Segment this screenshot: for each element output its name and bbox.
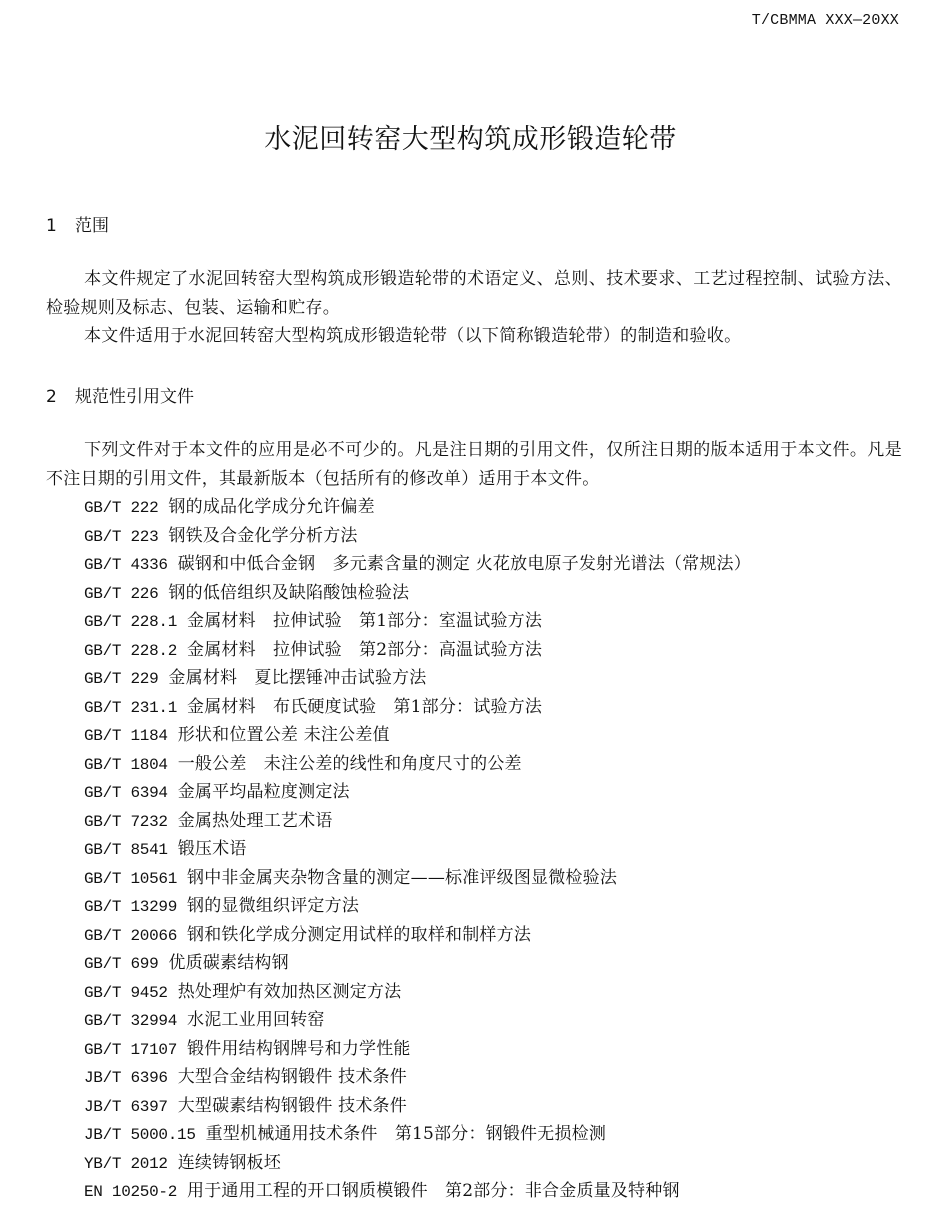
paragraph-text: 下列文件对于本文件的应用是必不可少的。凡是注日期的引用文件，仅所注日期的版本适用… bbox=[46, 440, 902, 489]
reference-code: JB/T 6396 bbox=[84, 1069, 168, 1087]
reference-item: GB/T 4336碳钢和中低合金钢 多元素含量的测定 火花放电原子发射光谱法（常… bbox=[84, 550, 751, 579]
reference-title: 一般公差 未注公差的线性和角度尺寸的公差 bbox=[178, 754, 522, 774]
reference-item: GB/T 20066钢和铁化学成分测定用试样的取样和制样方法 bbox=[84, 921, 751, 950]
reference-title: 水泥工业用回转窑 bbox=[187, 1010, 325, 1030]
reference-code: GB/T 6394 bbox=[84, 784, 168, 802]
section-number: 2 bbox=[46, 387, 75, 407]
scope-paragraph-1: 本文件规定了水泥回转窑大型构筑成形锻造轮带的术语定义、总则、技术要求、工艺过程控… bbox=[46, 265, 902, 322]
standard-code: T/CBMMA XXX—20XX bbox=[752, 12, 899, 29]
reference-code: GB/T 32994 bbox=[84, 1012, 177, 1030]
reference-code: GB/T 699 bbox=[84, 955, 158, 973]
reference-code: GB/T 7232 bbox=[84, 813, 168, 831]
reference-title: 钢的成品化学成分允许偏差 bbox=[168, 497, 374, 517]
reference-item: GB/T 8541锻压术语 bbox=[84, 835, 751, 864]
reference-code: JB/T 6397 bbox=[84, 1098, 168, 1116]
reference-code: GB/T 222 bbox=[84, 499, 158, 517]
reference-title: 热处理炉有效加热区测定方法 bbox=[178, 982, 402, 1002]
reference-item: GB/T 7232金属热处理工艺术语 bbox=[84, 807, 751, 836]
reference-code: GB/T 8541 bbox=[84, 841, 168, 859]
reference-item: GB/T 223钢铁及合金化学分析方法 bbox=[84, 522, 751, 551]
reference-code: GB/T 4336 bbox=[84, 556, 168, 574]
reference-title: 金属热处理工艺术语 bbox=[178, 811, 333, 831]
reference-code: GB/T 20066 bbox=[84, 927, 177, 945]
paragraph-text: 本文件适用于水泥回转窑大型构筑成形锻造轮带（以下简称锻造轮带）的制造和验收。 bbox=[84, 326, 741, 346]
reference-item: GB/T 231.1金属材料 布氏硬度试验 第1部分：试验方法 bbox=[84, 693, 751, 722]
reference-item: GB/T 228.2金属材料 拉伸试验 第2部分：高温试验方法 bbox=[84, 636, 751, 665]
reference-code: GB/T 223 bbox=[84, 528, 158, 546]
reference-item: YB/T 2012连续铸钢板坯 bbox=[84, 1149, 751, 1178]
reference-code: GB/T 226 bbox=[84, 585, 158, 603]
reference-code: GB/T 231.1 bbox=[84, 699, 177, 717]
reference-title: 钢铁及合金化学分析方法 bbox=[168, 526, 357, 546]
reference-code: GB/T 9452 bbox=[84, 984, 168, 1002]
reference-title: 钢和铁化学成分测定用试样的取样和制样方法 bbox=[187, 925, 531, 945]
reference-item: GB/T 13299钢的显微组织评定方法 bbox=[84, 892, 751, 921]
reference-item: GB/T 9452热处理炉有效加热区测定方法 bbox=[84, 978, 751, 1007]
reference-code: GB/T 13299 bbox=[84, 898, 177, 916]
reference-title: 金属材料 拉伸试验 第2部分：高温试验方法 bbox=[187, 640, 542, 660]
reference-title: 碳钢和中低合金钢 多元素含量的测定 火花放电原子发射光谱法（常规法） bbox=[178, 554, 751, 574]
reference-title: 连续铸钢板坯 bbox=[178, 1153, 281, 1173]
reference-item: JB/T 6396大型合金结构钢锻件 技术条件 bbox=[84, 1063, 751, 1092]
reference-item: GB/T 17107锻件用结构钢牌号和力学性能 bbox=[84, 1035, 751, 1064]
reference-item: GB/T 10561钢中非金属夹杂物含量的测定——标准评级图显微检验法 bbox=[84, 864, 751, 893]
reference-title: 锻压术语 bbox=[178, 839, 247, 859]
reference-title: 优质碳素结构钢 bbox=[168, 953, 288, 973]
references-intro-paragraph: 下列文件对于本文件的应用是必不可少的。凡是注日期的引用文件，仅所注日期的版本适用… bbox=[46, 436, 902, 493]
reference-item: GB/T 229金属材料 夏比摆锤冲击试验方法 bbox=[84, 664, 751, 693]
reference-title: 钢中非金属夹杂物含量的测定——标准评级图显微检验法 bbox=[187, 868, 617, 888]
reference-title: 金属材料 拉伸试验 第1部分：室温试验方法 bbox=[187, 611, 542, 631]
reference-item: GB/T 32994水泥工业用回转窑 bbox=[84, 1006, 751, 1035]
reference-title: 大型合金结构钢锻件 技术条件 bbox=[178, 1067, 407, 1087]
reference-title: 锻件用结构钢牌号和力学性能 bbox=[187, 1039, 411, 1059]
reference-title: 金属材料 夏比摆锤冲击试验方法 bbox=[168, 668, 426, 688]
reference-code: GB/T 10561 bbox=[84, 870, 177, 888]
section-number: 1 bbox=[46, 216, 75, 236]
reference-code: GB/T 228.2 bbox=[84, 642, 177, 660]
section-heading-normative-references: 2规范性引用文件 bbox=[46, 382, 194, 407]
reference-item: EN 10250-2用于通用工程的开口钢质模锻件 第2部分：非合金质量及特种钢 bbox=[84, 1177, 751, 1206]
section-title: 规范性引用文件 bbox=[75, 387, 194, 407]
reference-title: 用于通用工程的开口钢质模锻件 第2部分：非合金质量及特种钢 bbox=[187, 1181, 680, 1201]
reference-item: GB/T 699优质碳素结构钢 bbox=[84, 949, 751, 978]
reference-item: GB/T 228.1金属材料 拉伸试验 第1部分：室温试验方法 bbox=[84, 607, 751, 636]
reference-title: 金属材料 布氏硬度试验 第1部分：试验方法 bbox=[187, 697, 542, 717]
reference-title: 形状和位置公差 未注公差值 bbox=[178, 725, 390, 745]
reference-item: GB/T 1184形状和位置公差 未注公差值 bbox=[84, 721, 751, 750]
reference-title: 钢的显微组织评定方法 bbox=[187, 896, 359, 916]
reference-code: GB/T 229 bbox=[84, 670, 158, 688]
document-title: 水泥回转窑大型构筑成形锻造轮带 bbox=[0, 117, 941, 156]
reference-item: GB/T 6394金属平均晶粒度测定法 bbox=[84, 778, 751, 807]
reference-list: GB/T 222钢的成品化学成分允许偏差 GB/T 223钢铁及合金化学分析方法… bbox=[84, 493, 751, 1206]
reference-title: 重型机械通用技术条件 第15部分：钢锻件无损检测 bbox=[206, 1124, 606, 1144]
reference-code: GB/T 17107 bbox=[84, 1041, 177, 1059]
reference-code: GB/T 228.1 bbox=[84, 613, 177, 631]
reference-title: 大型碳素结构钢锻件 技术条件 bbox=[178, 1096, 407, 1116]
reference-item: GB/T 1804一般公差 未注公差的线性和角度尺寸的公差 bbox=[84, 750, 751, 779]
reference-title: 钢的低倍组织及缺陷酸蚀检验法 bbox=[168, 583, 409, 603]
reference-code: GB/T 1804 bbox=[84, 756, 168, 774]
section-title: 范围 bbox=[75, 216, 109, 236]
reference-item: GB/T 222钢的成品化学成分允许偏差 bbox=[84, 493, 751, 522]
reference-code: EN 10250-2 bbox=[84, 1183, 177, 1201]
section-heading-scope: 1范围 bbox=[46, 211, 109, 236]
reference-code: GB/T 1184 bbox=[84, 727, 168, 745]
scope-paragraph-2: 本文件适用于水泥回转窑大型构筑成形锻造轮带（以下简称锻造轮带）的制造和验收。 bbox=[46, 322, 902, 351]
paragraph-text: 本文件规定了水泥回转窑大型构筑成形锻造轮带的术语定义、总则、技术要求、工艺过程控… bbox=[46, 269, 902, 318]
reference-item: JB/T 6397大型碳素结构钢锻件 技术条件 bbox=[84, 1092, 751, 1121]
reference-code: JB/T 5000.15 bbox=[84, 1126, 196, 1144]
reference-code: YB/T 2012 bbox=[84, 1155, 168, 1173]
reference-title: 金属平均晶粒度测定法 bbox=[178, 782, 350, 802]
reference-item: JB/T 5000.15重型机械通用技术条件 第15部分：钢锻件无损检测 bbox=[84, 1120, 751, 1149]
reference-item: GB/T 226钢的低倍组织及缺陷酸蚀检验法 bbox=[84, 579, 751, 608]
